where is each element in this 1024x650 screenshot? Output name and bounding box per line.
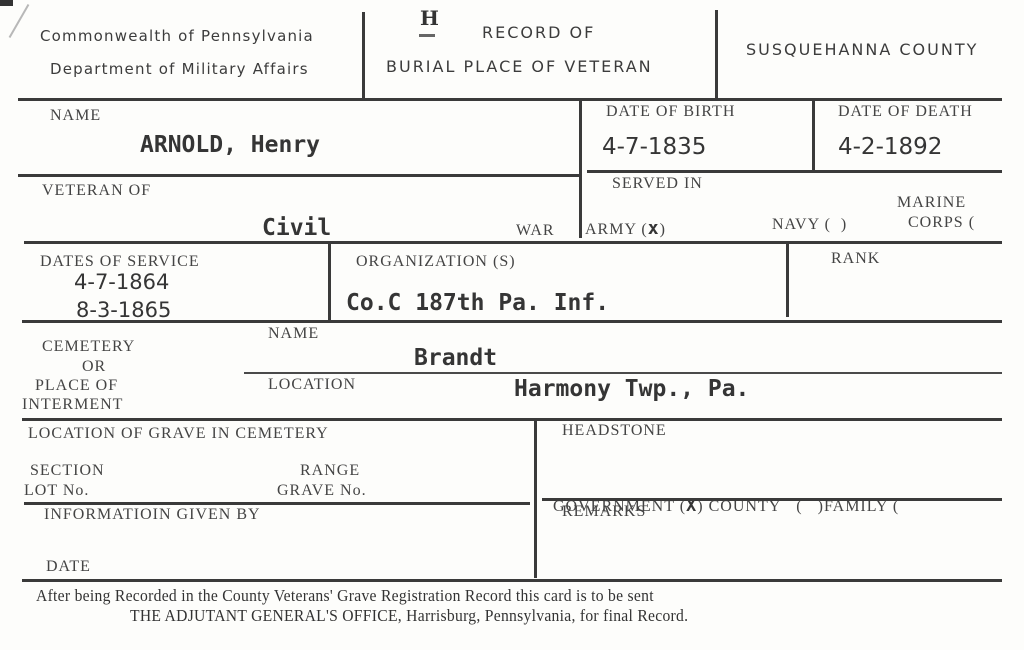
dob-label: DATE OF BIRTH [606,103,735,121]
organization-label: ORGANIZATION (S) [356,253,516,271]
marine-label-line1: MARINE [897,194,966,212]
county-name: SUSQUEHANNA COUNTY [746,40,978,59]
rule [24,502,530,505]
pencil-mark [9,4,30,38]
army-label: ARMY ( [585,221,648,238]
emblem-icon: H [420,6,439,30]
cemetery-location-label: LOCATION [268,376,356,394]
war-value: Civil [262,215,331,241]
army-close: ) [660,221,666,238]
served-in-label: SERVED IN [612,175,703,193]
army-option[interactable]: ARMY (x) [585,218,666,239]
service-start-date: 4-7-1864 [74,270,169,294]
rule [18,98,1002,101]
rule [22,320,1002,323]
scan-corner-mark [0,0,13,6]
rule [22,579,1002,582]
veteran-of-label: VETERAN OF [42,182,151,200]
lot-label: LOT No. [24,482,89,500]
title-line-1: RECORD OF [482,23,595,42]
range-label: RANGE [300,462,360,480]
rule [244,372,1002,374]
rule [18,174,581,177]
cemetery-location-value: Harmony Twp., Pa. [514,376,749,402]
agency-line-1: Commonwealth of Pennsylvania [40,27,314,45]
army-checkmark: x [648,218,660,239]
divider [812,98,815,171]
grave-location-label: LOCATION OF GRAVE IN CEMETERY [28,425,329,443]
divider [534,420,537,578]
footer-line-1: After being Recorded in the County Veter… [36,586,654,606]
agency-line-2: Department of Military Affairs [50,60,309,78]
divider [786,243,789,317]
rule [587,170,1002,173]
rule [22,418,1002,421]
cemetery-label-1: CEMETERY [42,338,135,356]
name-value: ARNOLD, Henry [140,132,320,158]
divider [328,243,331,321]
cemetery-label-2: OR [82,358,106,376]
divider [715,10,718,98]
divider [579,98,582,238]
name-label: NAME [50,107,101,125]
grave-number-label: GRAVE No. [277,482,367,500]
footer-line-2: THE ADJUTANT GENERAL'S OFFICE, Harrisbur… [130,606,688,626]
rule [24,241,1002,244]
headstone-label: HEADSTONE [562,422,667,440]
cemetery-name-value: Brandt [414,345,497,371]
rule [542,498,1002,501]
section-label: SECTION [30,462,105,480]
war-suffix: WAR [516,222,555,240]
dod-value: 4-2-1892 [838,134,942,160]
organization-value: Co.C 187th Pa. Inf. [346,290,609,316]
date-label: DATE [46,558,91,576]
navy-option[interactable]: NAVY ( ) [772,216,847,234]
title-line-2: BURIAL PLACE OF VETERAN [386,57,653,76]
marine-corps-option[interactable]: CORPS ( [908,214,975,232]
remarks-label: REMARKS [562,503,646,521]
divider [362,12,365,98]
info-given-by-label: INFORMATIOIN GIVEN BY [44,506,261,524]
rank-label: RANK [831,250,880,268]
cemetery-name-label: NAME [268,325,319,343]
dob-value: 4-7-1835 [602,134,706,160]
cemetery-label-3: PLACE OF [35,377,118,395]
emblem-base-icon [419,34,435,37]
dates-of-service-label: DATES OF SERVICE [40,253,200,271]
service-end-date: 8-3-1865 [76,298,171,322]
cemetery-label-4: INTERMENT [22,396,123,414]
dod-label: DATE OF DEATH [838,103,1004,121]
rank-field[interactable] [830,275,990,311]
